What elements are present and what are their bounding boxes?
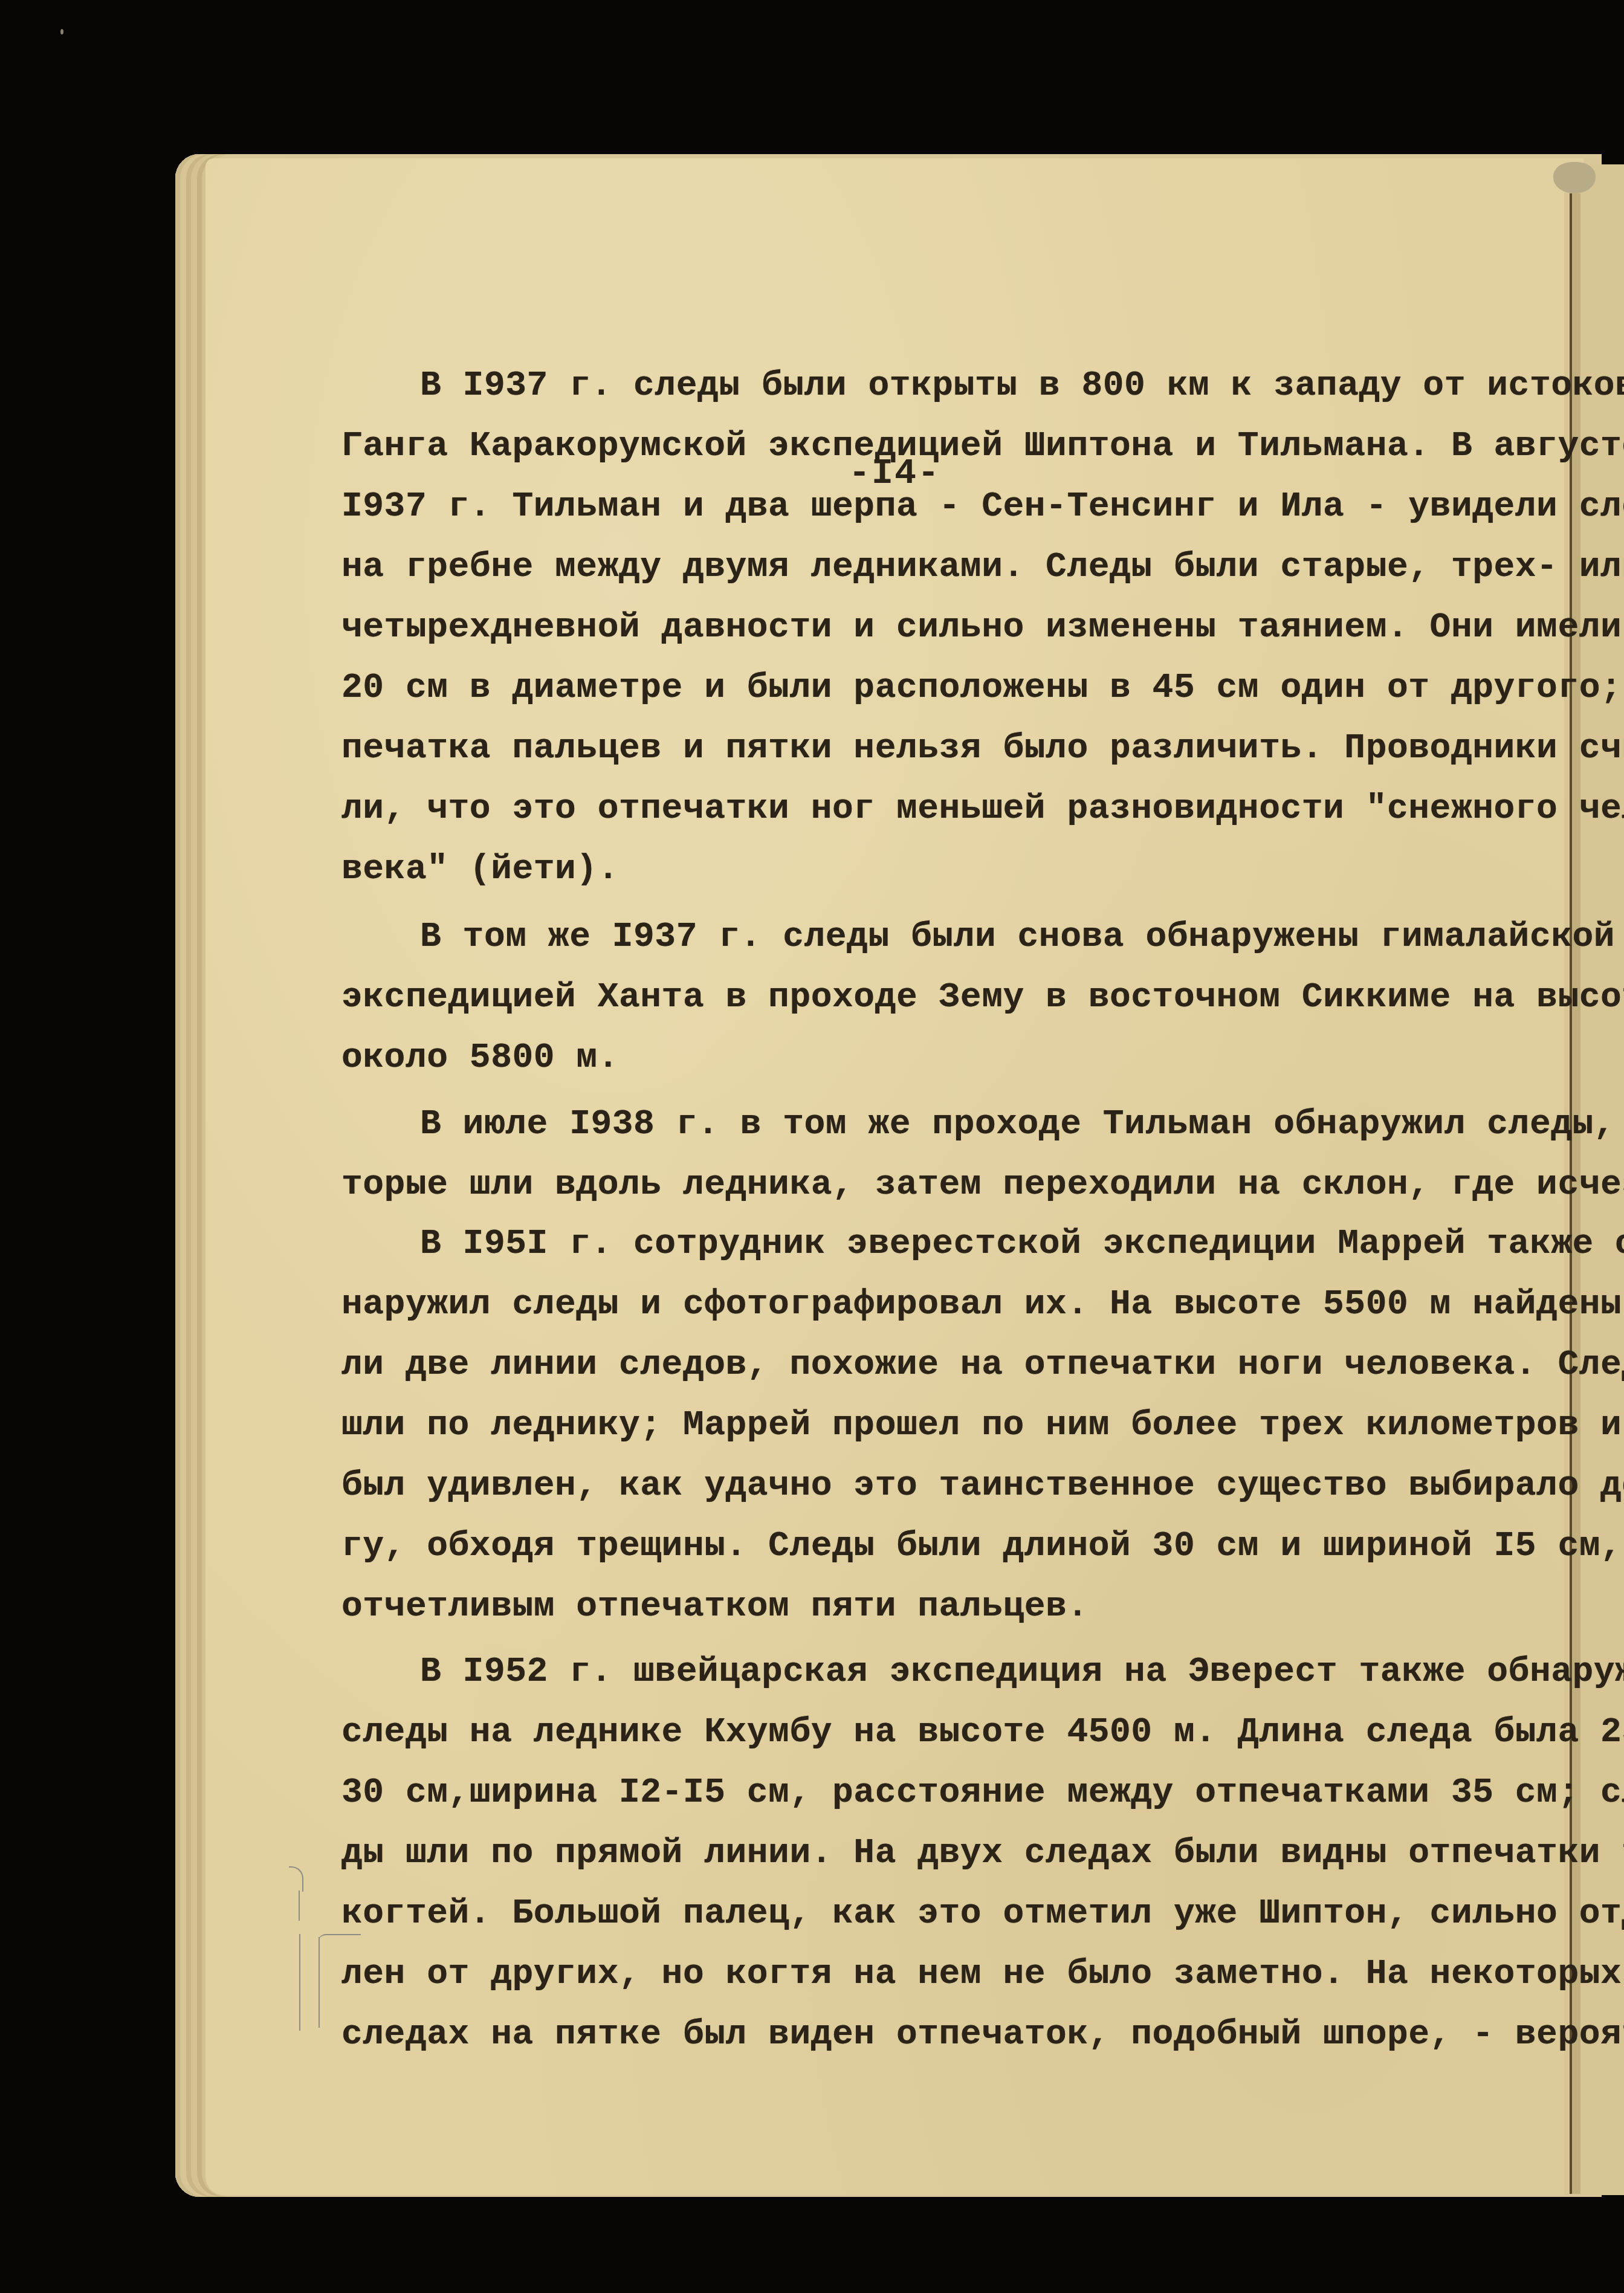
- dust-speck: [60, 29, 63, 34]
- text-line: следы на леднике Кхумбу на высоте 4500 м…: [341, 1715, 1624, 1750]
- text-line: торые шли вдоль ледника, затем переходил…: [341, 1168, 1624, 1203]
- binding-thread-knot: [1553, 162, 1596, 193]
- text-line: на гребне между двумя ледниками. Следы б…: [341, 550, 1624, 585]
- text-line: В I937 г. следы были открыты в 800 км к …: [420, 369, 1624, 404]
- pencil-margin-line-1: [299, 1934, 300, 2031]
- text-line: печатка пальцев и пятки нельзя было разл…: [341, 731, 1624, 766]
- text-line: экспедицией Ханта в проходе Зему в восто…: [341, 980, 1624, 1015]
- text-line: I937 г. Тильман и два шерпа - Сен-Тенсин…: [341, 490, 1624, 525]
- text-line: ды шли по прямой линии. На двух следах б…: [341, 1836, 1624, 1871]
- text-line: четырехдневной давности и сильно изменен…: [341, 610, 1622, 645]
- text-line: лен от других, но когтя на нем не было з…: [341, 1957, 1622, 1992]
- text-line: ли, что это отпечатки ног меньшей разнов…: [341, 792, 1624, 827]
- text-line: шли по леднику; Маррей прошел по ним бол…: [341, 1408, 1622, 1443]
- pencil-margin-squiggle: [319, 1934, 361, 1941]
- text-line: следах на пятке был виден отпечаток, под…: [341, 2017, 1624, 2052]
- text-line: когтей. Большой палец, как это отметил у…: [341, 1897, 1624, 1932]
- text-line: В июле I938 г. в том же проходе Тильман …: [420, 1107, 1624, 1142]
- pencil-question-mark-stem: [299, 1890, 300, 1921]
- text-line: века" (йети).: [341, 852, 619, 887]
- pencil-margin-line-2: [319, 1937, 320, 2028]
- text-line: В I952 г. швейцарская экспедиция на Эвер…: [420, 1655, 1624, 1690]
- text-line: 30 см,ширина I2-I5 см, расстояние между …: [341, 1776, 1624, 1811]
- text-line: ли две линии следов, похожие на отпечатк…: [341, 1348, 1624, 1383]
- text-line: В I95I г. сотрудник эверестской экспедиц…: [420, 1227, 1624, 1262]
- text-line: 20 см в диаметре и были расположены в 45…: [341, 671, 1624, 706]
- text-line: Ганга Каракорумской экспедицией Шиптона …: [341, 429, 1624, 464]
- text-line: наружил следы и сфотографировал их. На в…: [341, 1287, 1624, 1322]
- text-line: гу, обходя трещины. Следы были длиной 30…: [341, 1529, 1624, 1564]
- text-line: был удивлен, как удачно это таинственное…: [341, 1469, 1624, 1504]
- text-line: отчетливым отпечатком пяти пальцев.: [341, 1590, 1089, 1625]
- text-line: около 5800 м.: [341, 1041, 619, 1076]
- text-line: В том же I937 г. следы были снова обнару…: [420, 920, 1615, 955]
